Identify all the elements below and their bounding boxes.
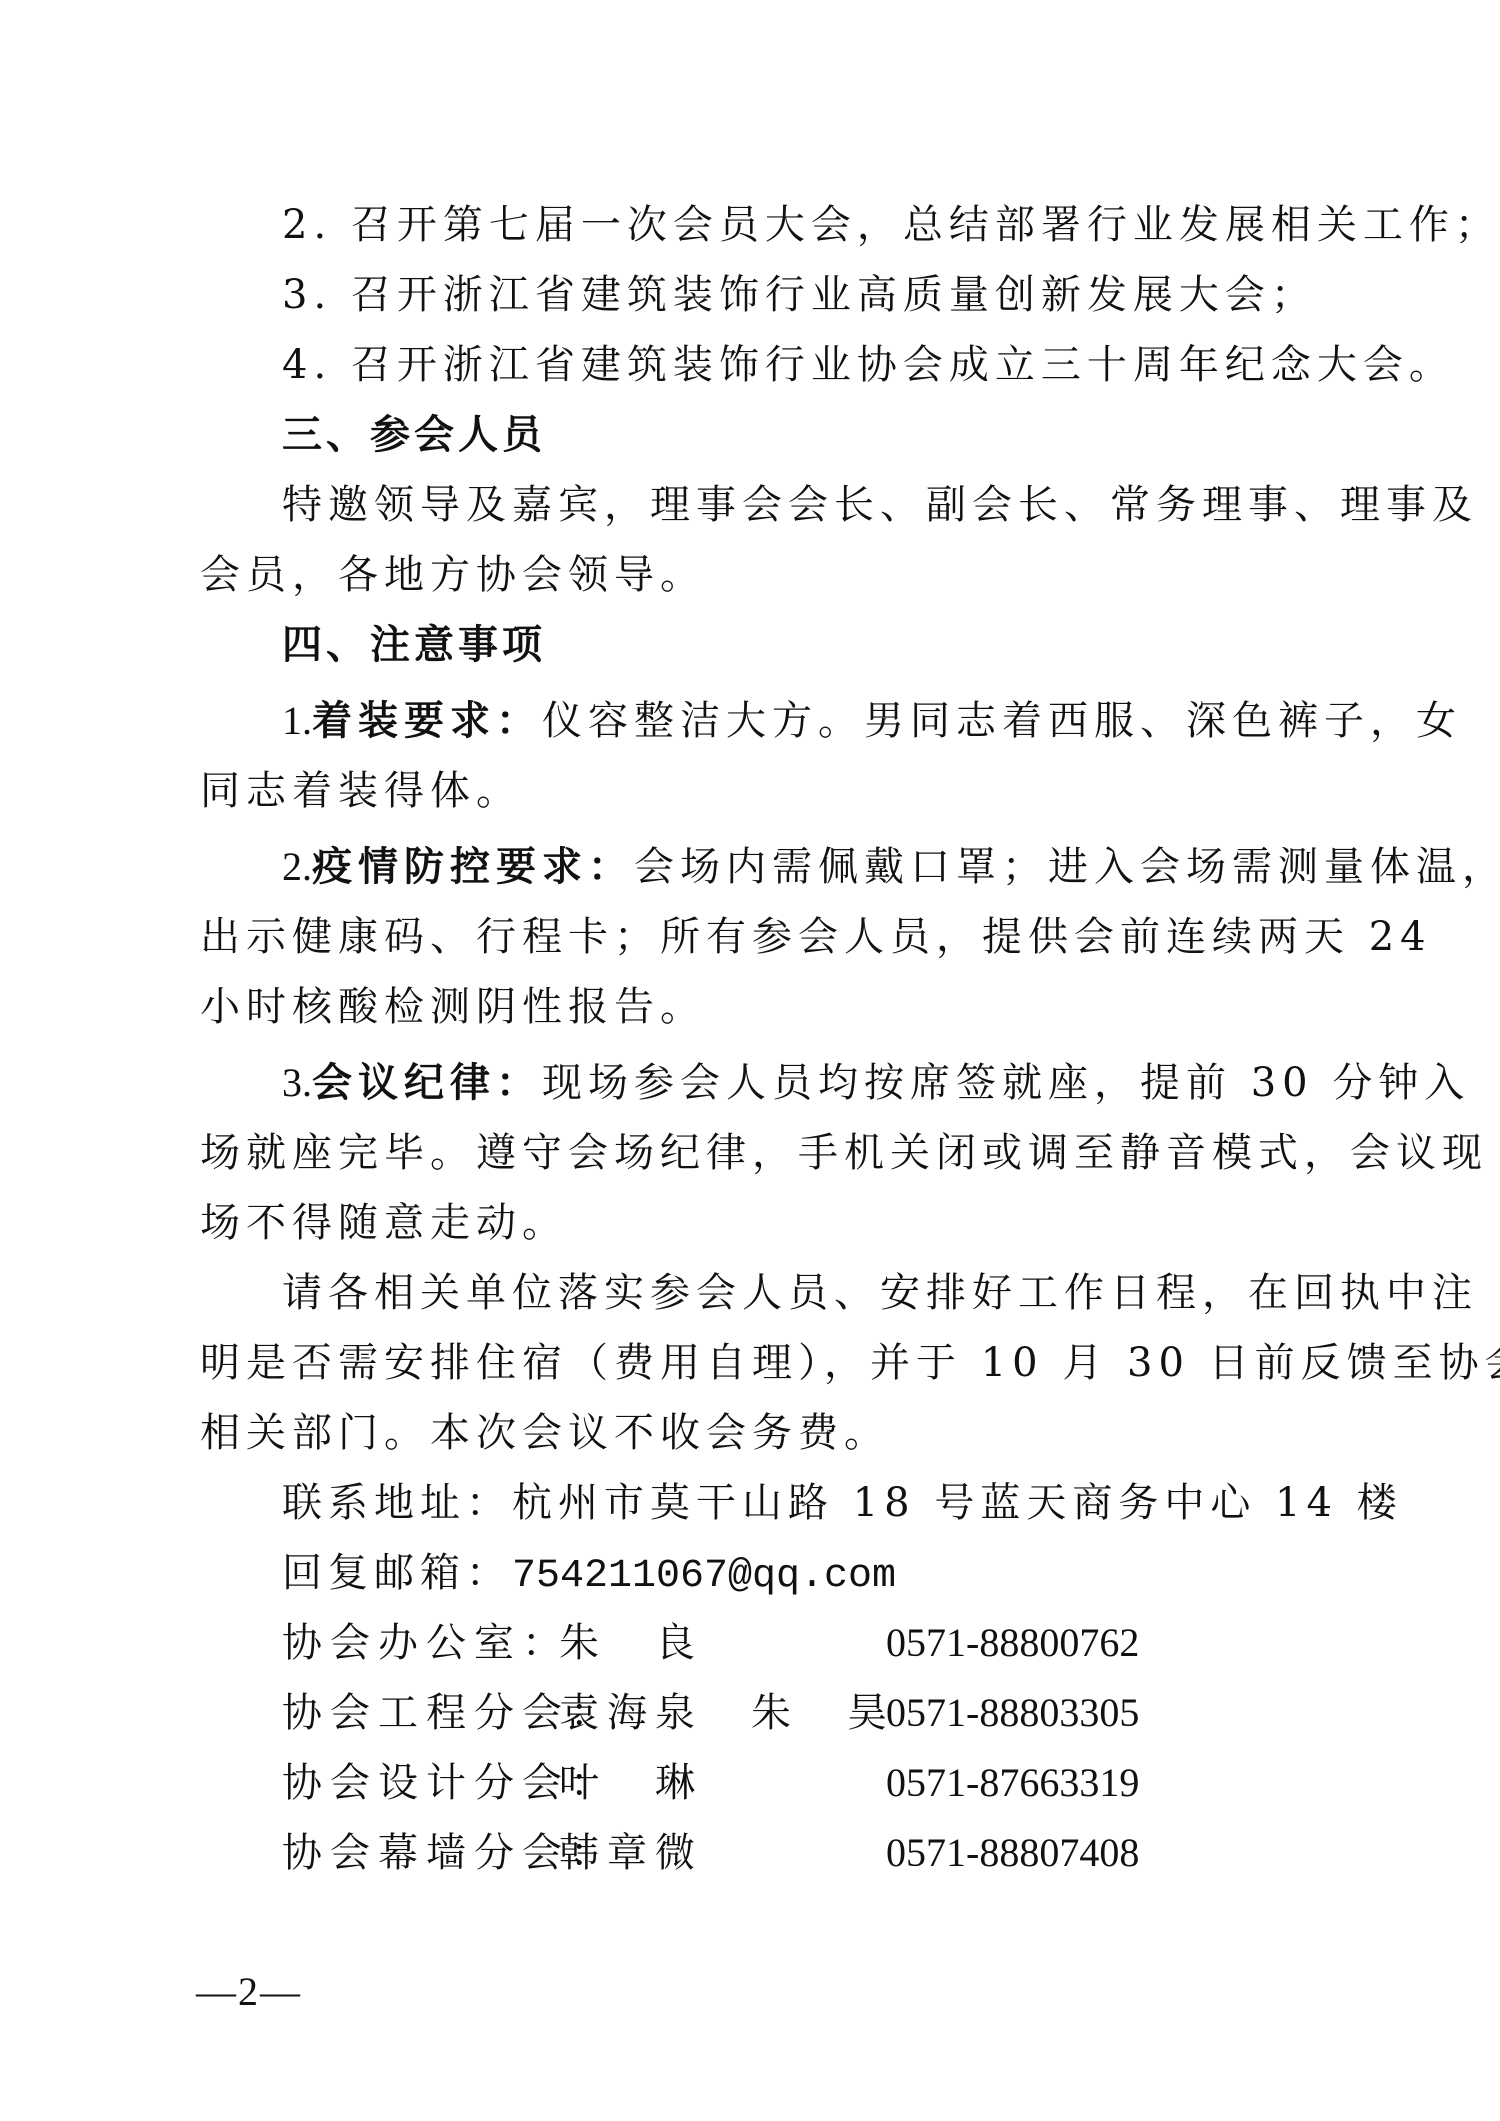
contact-email: 回复邮箱：754211067@qq.com xyxy=(200,1538,1310,1608)
attendees-line-2: 会员，各地方协会领导。 xyxy=(200,540,1310,610)
page-number: —2— xyxy=(196,1968,302,2015)
phone-number: 0571-88800762 xyxy=(886,1608,1139,1678)
department-label: 协会设计分会： xyxy=(282,1748,559,1818)
note-text: 现场参会人员均按席签就座，提前 30 分钟入 xyxy=(542,1060,1470,1106)
note-title: 会议纪律： xyxy=(312,1060,542,1106)
attendees-line-1: 特邀领导及嘉宾，理事会会长、副会长、常务理事、理事及 xyxy=(200,470,1310,540)
section-heading-attendees: 三、参会人员 xyxy=(200,400,1310,470)
department-label: 协会办公室： xyxy=(282,1608,559,1678)
note-text: 会场内需佩戴口罩；进入会场需测量体温， xyxy=(634,844,1500,890)
contact-person: 朱 良 xyxy=(559,1608,886,1678)
note-text-continued: 小时核酸检测阴性报告。 xyxy=(200,972,1310,1042)
note-number: 3. xyxy=(282,1060,312,1105)
note-number: 2. xyxy=(282,844,312,889)
note-dress-code: 1.着装要求：仪容整洁大方。男同志着西服、深色裤子，女 同志着装得体。 xyxy=(200,686,1310,826)
department-label: 协会幕墙分会： xyxy=(282,1818,559,1888)
email-link[interactable]: 754211067@qq.com xyxy=(512,1554,896,1599)
document-page: 2. 召开第七届一次会员大会，总结部署行业发展相关工作； 3. 召开浙江省建筑装… xyxy=(200,190,1310,1888)
contact-row-office: 协会办公室： 朱 良 0571-88800762 xyxy=(200,1608,1310,1678)
contact-person: 叶 琳 xyxy=(559,1748,886,1818)
contact-person: 袁海泉 朱 昊 xyxy=(559,1678,886,1748)
note-meeting-discipline: 3.会议纪律：现场参会人员均按席签就座，提前 30 分钟入 场就座完毕。遵守会场… xyxy=(200,1048,1310,1258)
phone-number: 0571-88803305 xyxy=(886,1678,1139,1748)
phone-number: 0571-88807408 xyxy=(886,1818,1139,1888)
note-text-continued: 场就座完毕。遵守会场纪律，手机关闭或调至静音模式，会议现 xyxy=(200,1118,1310,1188)
note-text: 仪容整洁大方。男同志着西服、深色裤子，女 xyxy=(542,698,1462,744)
phone-number: 0571-87663319 xyxy=(886,1748,1139,1818)
closing-line-2: 明是否需安排住宿（费用自理），并于 10 月 30 日前反馈至协会 xyxy=(200,1328,1310,1398)
email-label: 回复邮箱： xyxy=(282,1550,512,1596)
note-text-continued: 同志着装得体。 xyxy=(200,756,1310,826)
agenda-item-2: 2. 召开第七届一次会员大会，总结部署行业发展相关工作； xyxy=(200,190,1310,260)
address-value: 杭州市莫干山路 18 号蓝天商务中心 14 楼 xyxy=(512,1480,1403,1526)
note-text-continued: 场不得随意走动。 xyxy=(200,1188,1310,1258)
note-text-continued: 出示健康码、行程卡；所有参会人员，提供会前连续两天 24 xyxy=(200,902,1310,972)
department-label: 协会工程分会： xyxy=(282,1678,559,1748)
address-label: 联系地址： xyxy=(282,1480,512,1526)
agenda-item-4: 4. 召开浙江省建筑装饰行业协会成立三十周年纪念大会。 xyxy=(200,330,1310,400)
closing-line-1: 请各相关单位落实参会人员、安排好工作日程，在回执中注 xyxy=(200,1258,1310,1328)
note-title: 疫情防控要求： xyxy=(312,844,634,890)
contact-person: 韩章微 xyxy=(559,1818,886,1888)
closing-paragraph: 请各相关单位落实参会人员、安排好工作日程，在回执中注 明是否需安排住宿（费用自理… xyxy=(200,1258,1310,1468)
note-epidemic-control: 2.疫情防控要求：会场内需佩戴口罩；进入会场需测量体温， 出示健康码、行程卡；所… xyxy=(200,832,1310,1042)
section-heading-notes: 四、注意事项 xyxy=(200,610,1310,680)
agenda-item-3: 3. 召开浙江省建筑装饰行业高质量创新发展大会； xyxy=(200,260,1310,330)
contact-row-engineering: 协会工程分会： 袁海泉 朱 昊 0571-88803305 xyxy=(200,1678,1310,1748)
note-title: 着装要求： xyxy=(312,698,542,744)
closing-line-3: 相关部门。本次会议不收会务费。 xyxy=(200,1398,1310,1468)
contact-row-curtain-wall: 协会幕墙分会： 韩章微 0571-88807408 xyxy=(200,1818,1310,1888)
contact-row-design: 协会设计分会： 叶 琳 0571-87663319 xyxy=(200,1748,1310,1818)
contact-address: 联系地址：杭州市莫干山路 18 号蓝天商务中心 14 楼 xyxy=(200,1468,1310,1538)
note-number: 1. xyxy=(282,698,312,743)
